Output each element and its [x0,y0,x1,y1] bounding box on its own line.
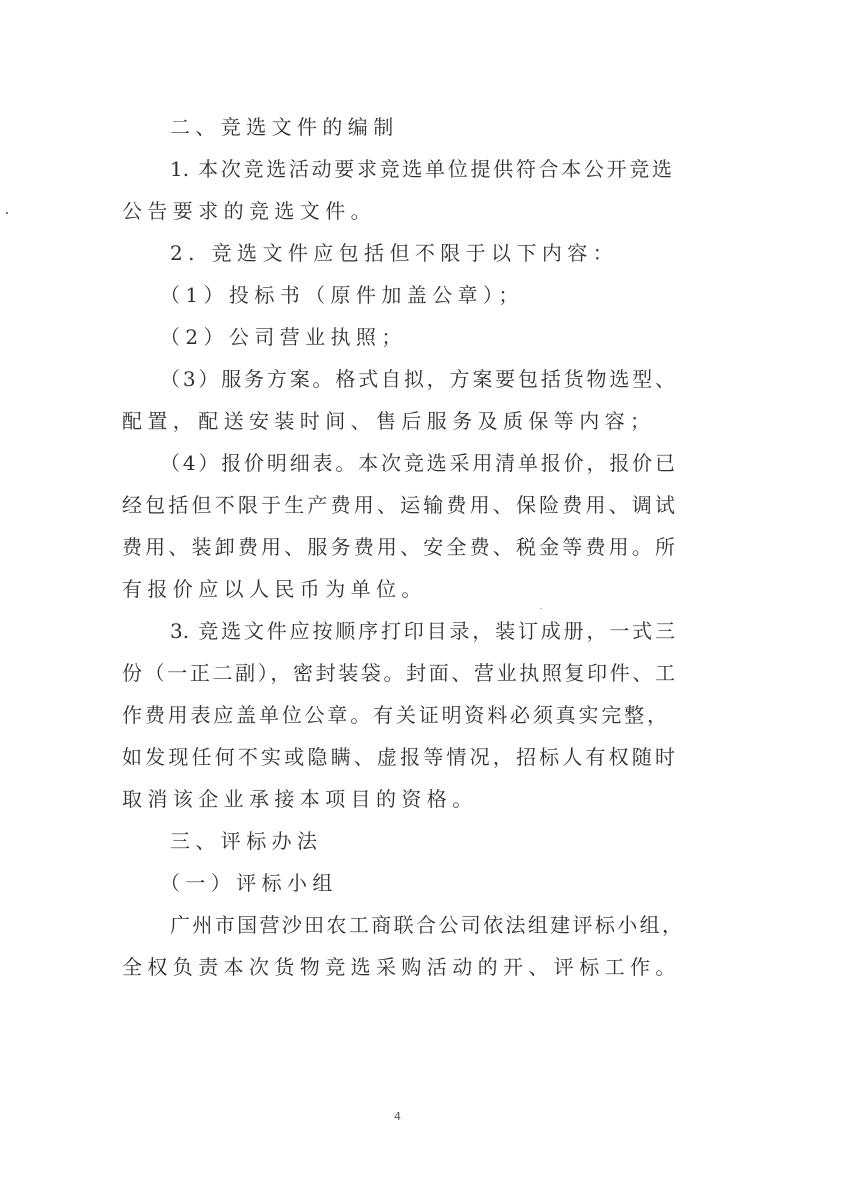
list-item: （3）服务方案。格式自拟，方案要包括货物选型、 [160,365,675,393]
section-heading-2: 二、竞选文件的编制 [170,113,730,141]
paragraph-line: 公告要求的竞选文件。 [122,197,682,225]
paragraph-line: 配置，配送安装时间、售后服务及质保等内容； [122,407,682,435]
document-page: 二、竞选文件的编制 1. 本次竞选活动要求竞选单位提供符合本公开竞选 公告要求的… [0,0,849,1200]
paragraph-line: 有报价应以人民币为单位。 [122,575,682,603]
list-item: （2）公司营业执照； [160,323,720,351]
paragraph-line: 份（一正二副），密封装袋。封面、营业执照复印件、工 [122,659,675,687]
paragraph-line: 全权负责本次货物竞选采购活动的开、评标工作。 [122,953,682,981]
paragraph-line: 广州市国营沙田农工商联合公司依法组建评标小组， [170,911,682,939]
paragraph-line: 经包括但不限于生产费用、运输费用、保险费用、调试 [122,491,675,519]
paragraph-line: 3. 竞选文件应按顺序打印目录，装订成册，一式三 [170,617,675,645]
paragraph-line: 2. 竞选文件应包括但不限于以下内容： [170,239,730,267]
list-item: （1）投标书（原件加盖公章）； [160,281,720,309]
paragraph-line: 作费用表应盖单位公章。有关证明资料必须真实完整， [122,701,667,729]
scan-mark [540,608,542,609]
paragraph-line: 费用、装卸费用、服务费用、安全费、税金等费用。所 [122,533,675,561]
paragraph-line: 1. 本次竞选活动要求竞选单位提供符合本公开竞选 [170,155,672,183]
subsection-heading: （一）评标小组 [160,869,720,897]
paragraph-line: 取消该企业承接本项目的资格。 [122,785,682,813]
page-number: 4 [394,1110,401,1123]
list-item: （4）报价明细表。本次竞选采用清单报价，报价已 [160,449,675,477]
paragraph-line: 如发现任何不实或隐瞒、虚报等情况，招标人有权随时 [122,743,675,771]
section-heading-3: 三、评标办法 [170,827,730,855]
scan-mark [6,212,8,214]
